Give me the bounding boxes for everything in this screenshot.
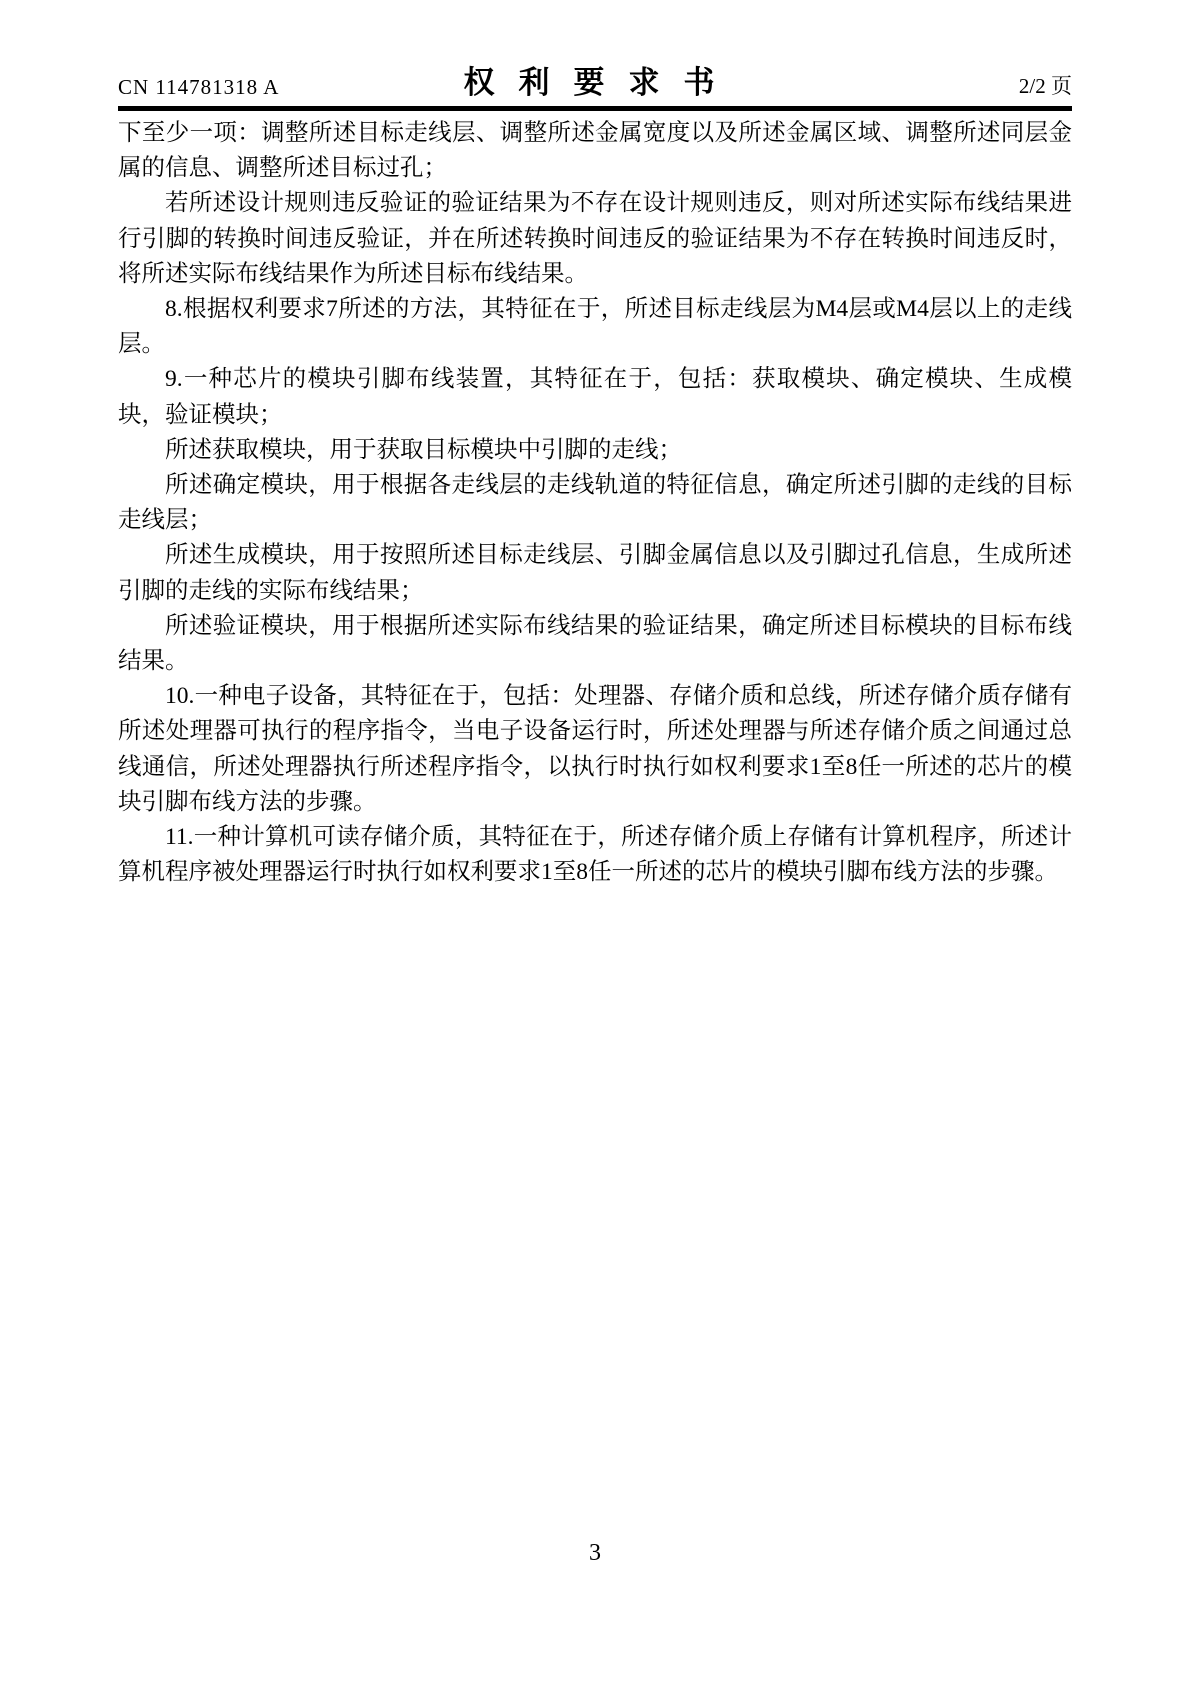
claims-page: CN 114781318 A 权利要求书 2/2 页 下至少一项：调整所述目标走… [0, 0, 1190, 1684]
claim-paragraph: 所述获取模块，用于获取目标模块中引脚的走线； [118, 433, 1072, 468]
claim-paragraph: 10.一种电子设备，其特征在于，包括：处理器、存储介质和总线，所述存储介质存储有… [118, 679, 1072, 820]
header-rule [118, 106, 1072, 111]
page-number: 3 [589, 1540, 601, 1566]
claim-paragraph: 所述验证模块，用于根据所述实际布线结果的验证结果，确定所述目标模块的目标布线结果… [118, 609, 1072, 679]
claim-paragraph: 所述生成模块，用于按照所述目标走线层、引脚金属信息以及引脚过孔信息，生成所述引脚… [118, 538, 1072, 608]
claim-paragraph: 8.根据权利要求7所述的方法，其特征在于，所述目标走线层为M4层或M4层以上的走… [118, 292, 1072, 362]
claim-paragraph: 下至少一项：调整所述目标走线层、调整所述金属宽度以及所述金属区域、调整所述同层金… [118, 116, 1072, 186]
claim-paragraph: 若所述设计规则违反验证的验证结果为不存在设计规则违反，则对所述实际布线结果进行引… [118, 186, 1072, 292]
claim-paragraph: 所述确定模块，用于根据各走线层的走线轨道的特征信息，确定所述引脚的走线的目标走线… [118, 468, 1072, 538]
page-indicator: 2/2 页 [1019, 70, 1072, 100]
document-title: 权利要求书 [452, 57, 739, 102]
publication-number: CN 114781318 A [118, 75, 279, 100]
page-header: CN 114781318 A 权利要求书 2/2 页 [118, 66, 1072, 102]
claim-paragraph: 11.一种计算机可读存储介质，其特征在于，所述存储介质上存储有计算机程序，所述计… [118, 820, 1072, 890]
claim-paragraph: 9.一种芯片的模块引脚布线装置，其特征在于，包括：获取模块、确定模块、生成模块，… [118, 362, 1072, 432]
page-footer: 3 [0, 1540, 1190, 1567]
claims-body: 下至少一项：调整所述目标走线层、调整所述金属宽度以及所述金属区域、调整所述同层金… [118, 116, 1072, 890]
